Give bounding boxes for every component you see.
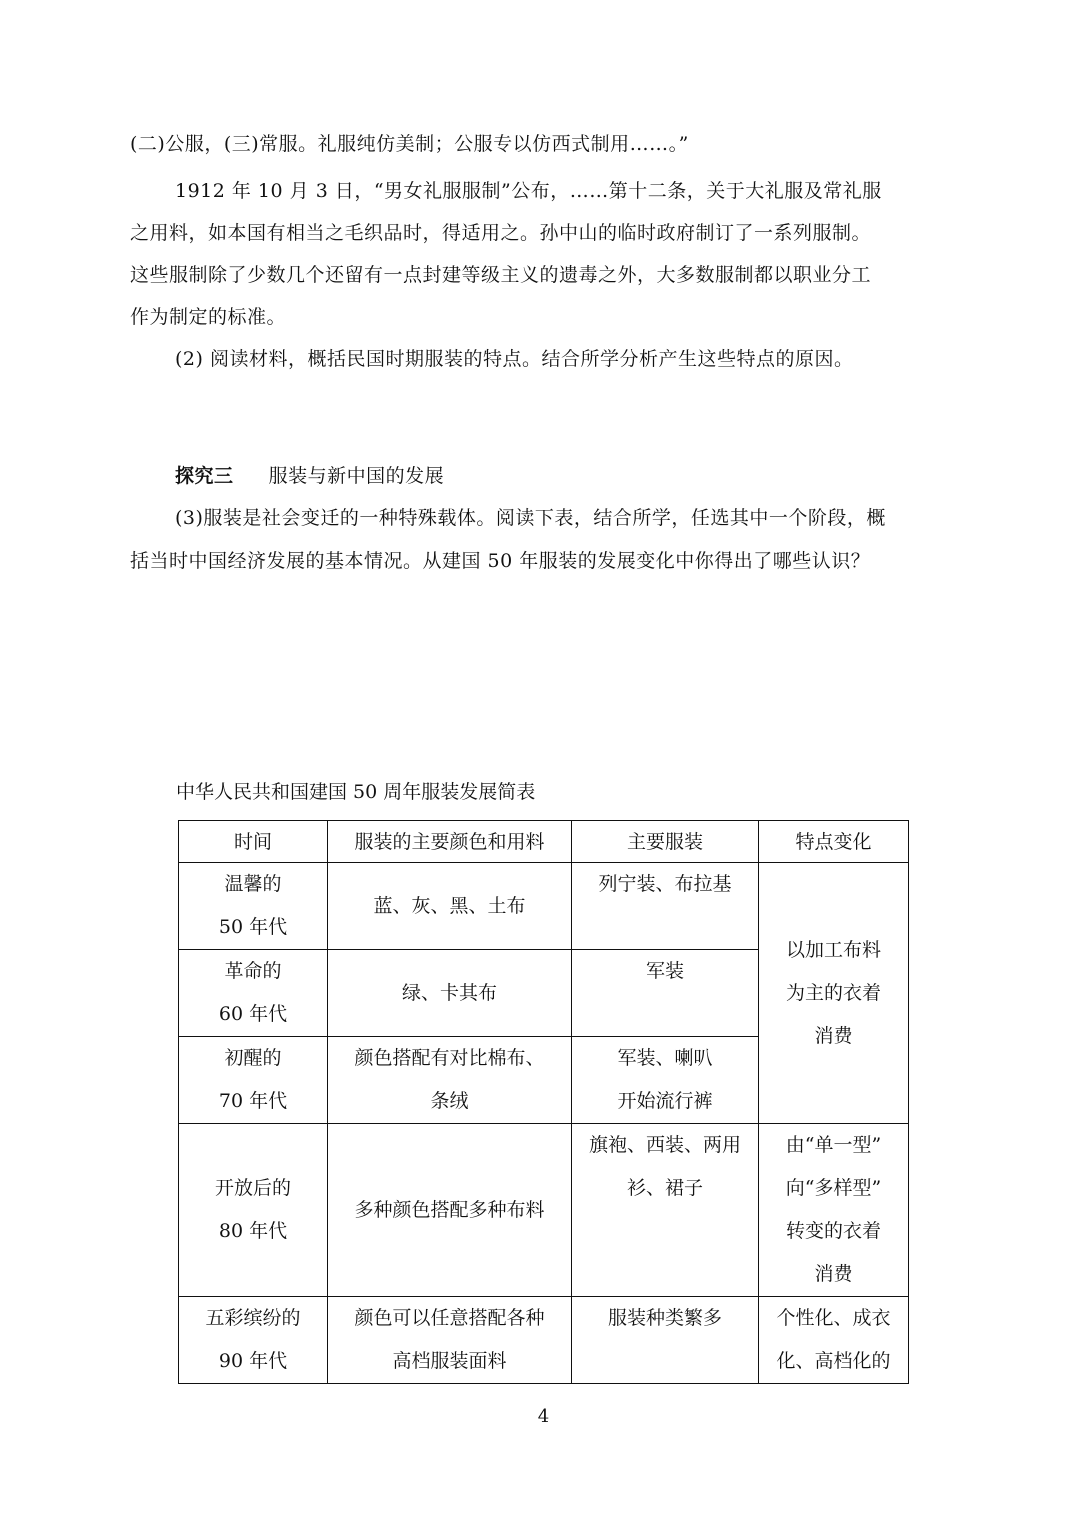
cell-line: 绿、卡其布 [328,972,571,1015]
header-cell: 主要服装 [572,821,759,863]
feature-cell: 个性化、成衣 化、高档化的 [759,1297,909,1384]
cell-line: 五彩缤纷的 [179,1297,327,1340]
section-label: 探究三 [175,465,234,487]
paragraph-line: 作为制定的标准。 [130,305,286,329]
paragraph-line: 这些服制除了少数几个还留有一点封建等级主义的遗毒之外，大多数服制都以职业分工 [130,263,871,287]
cell-line: 个性化、成衣 [759,1297,908,1340]
table-row: 温馨的50 年代 蓝、灰、黑、土布 列宁装、布拉基 以加工布料 为主的衣着 消费 [179,863,909,950]
cell-line: 旗袍、西装、两用 [572,1124,758,1167]
time-cell: 温馨的50 年代 [179,863,328,950]
cell-line: 颜色可以任意搭配各种 [328,1297,571,1340]
cell-line: 为主的衣着 [759,972,908,1015]
clothing-cell: 服装种类繁多 [572,1297,759,1384]
time-cell: 五彩缤纷的90 年代 [179,1297,328,1384]
cell-line: 以加工布料 [759,929,908,972]
cell-line: 条绒 [328,1080,571,1123]
cell-line: 开始流行裤 [572,1080,758,1123]
table-row: 开放后的80 年代 多种颜色搭配多种布料 旗袍、西装、两用衫、裙子 由“单一型”… [179,1124,909,1297]
material-cell: 多种颜色搭配多种布料 [328,1124,572,1297]
header-cell: 特点变化 [759,821,909,863]
cell-line: 颜色搭配有对比棉布、 [328,1037,571,1080]
feature-cell: 以加工布料 为主的衣着 消费 [759,863,909,1124]
cell-line: 向“多样型” [759,1167,908,1210]
page-number: 4 [0,1406,1087,1427]
cell-line: 革命的 [179,950,327,993]
cell-line: 服装种类繁多 [572,1297,758,1340]
question-2: (2) 阅读材料，概括民国时期服装的特点。结合所学分析产生这些特点的原因。 [175,347,853,371]
feature-cell: 由“单一型” 向“多样型” 转变的衣着 消费 [759,1124,909,1297]
paragraph-line: (二)公服，(三)常服。礼服纯仿美制；公服专以仿西式制用……。” [130,132,689,156]
table-caption: 中华人民共和国建国 50 周年服装发展简表 [176,780,535,804]
material-cell: 颜色搭配有对比棉布、条绒 [328,1037,572,1124]
cell-line: 初醒的 [179,1037,327,1080]
table-header-row: 时间 服装的主要颜色和用料 主要服装 特点变化 [179,821,909,863]
cell-line: 化、高档化的 [759,1340,908,1383]
material-cell: 蓝、灰、黑、土布 [328,863,572,950]
material-cell: 颜色可以任意搭配各种高档服装面料 [328,1297,572,1384]
paragraph-line: 之用料，如本国有相当之毛织品时，得适用之。孙中山的临时政府制订了一系列服制。 [130,221,871,245]
cell-line: 温馨的 [179,863,327,906]
cell-line: 列宁装、布拉基 [572,863,758,906]
cell-line: 消费 [759,1015,908,1058]
clothing-development-table: 时间 服装的主要颜色和用料 主要服装 特点变化 温馨的50 年代 蓝、灰、黑、土… [178,820,909,1384]
header-cell: 服装的主要颜色和用料 [328,821,572,863]
cell-line: 由“单一型” [759,1124,908,1167]
cell-line: 衫、裙子 [572,1167,758,1210]
section-heading: 探究三 服装与新中国的发展 [175,464,444,488]
clothing-cell: 旗袍、西装、两用衫、裙子 [572,1124,759,1297]
table-row: 五彩缤纷的90 年代 颜色可以任意搭配各种高档服装面料 服装种类繁多 个性化、成… [179,1297,909,1384]
cell-line: 军装 [572,950,758,993]
paragraph-line: 1912 年 10 月 3 日，“男女礼服服制”公布，……第十二条，关于大礼服及… [175,179,882,203]
cell-line: 多种颜色搭配多种布料 [328,1189,571,1232]
cell-line: 80 年代 [179,1210,327,1253]
cell-line: 90 年代 [179,1340,327,1383]
clothing-cell: 军装、喇叭开始流行裤 [572,1037,759,1124]
section-title: 服装与新中国的发展 [269,465,445,487]
cell-line: 50 年代 [179,906,327,949]
question-3-line: (3)服装是社会变迁的一种特殊载体。阅读下表，结合所学，任选其中一个阶段，概 [175,506,886,530]
cell-line: 70 年代 [179,1080,327,1123]
header-cell: 时间 [179,821,328,863]
question-3-line: 括当时中国经济发展的基本情况。从建国 50 年服装的发展变化中你得出了哪些认识？ [130,549,870,573]
cell-line: 蓝、灰、黑、土布 [328,885,571,928]
clothing-cell: 列宁装、布拉基 [572,863,759,950]
cell-line: 消费 [759,1253,908,1296]
time-cell: 开放后的80 年代 [179,1124,328,1297]
clothing-cell: 军装 [572,950,759,1037]
material-cell: 绿、卡其布 [328,950,572,1037]
time-cell: 初醒的70 年代 [179,1037,328,1124]
cell-line: 开放后的 [179,1167,327,1210]
time-cell: 革命的60 年代 [179,950,328,1037]
cell-line: 60 年代 [179,993,327,1036]
cell-line: 转变的衣着 [759,1210,908,1253]
cell-line: 高档服装面料 [328,1340,571,1383]
cell-line: 军装、喇叭 [572,1037,758,1080]
